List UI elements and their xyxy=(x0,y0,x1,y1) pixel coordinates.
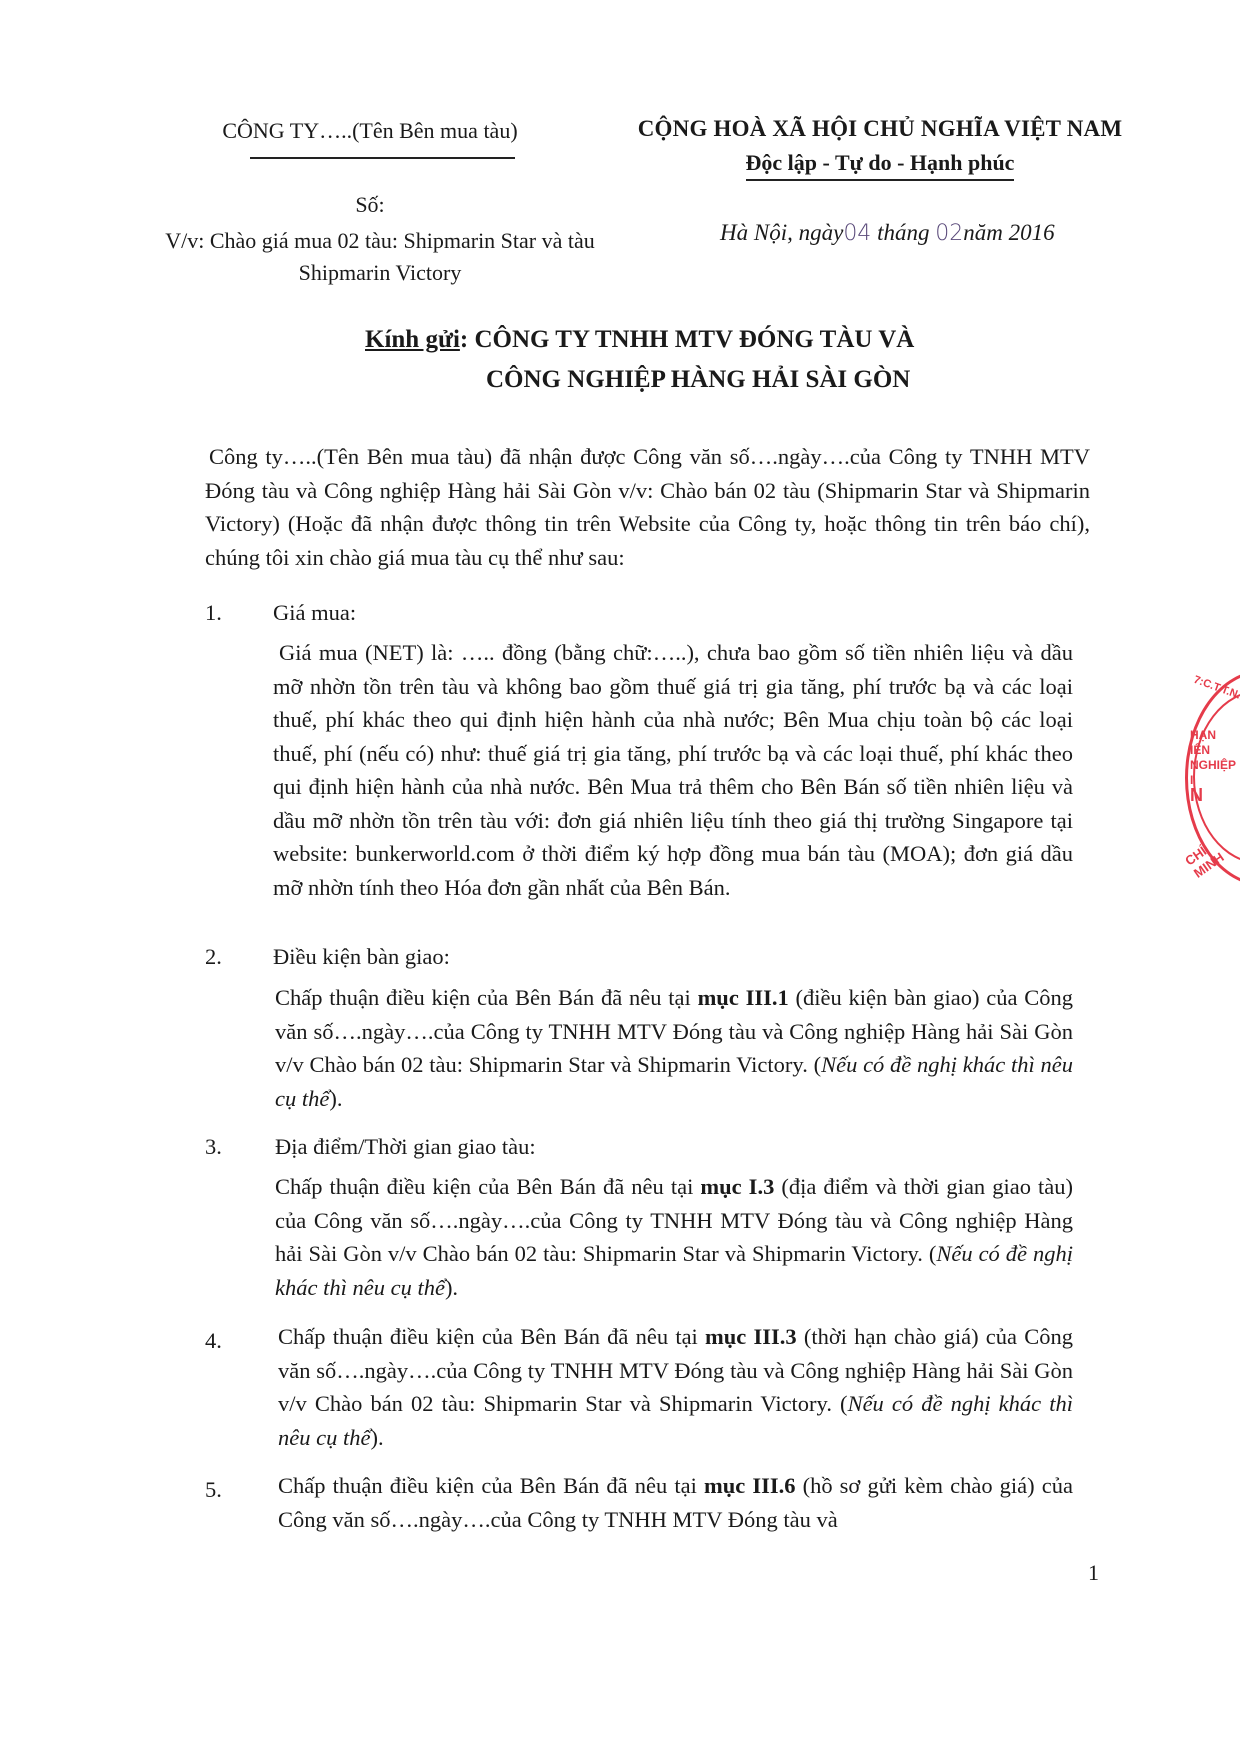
date-prefix: Hà Nội, ngày xyxy=(720,220,843,245)
date-year: năm 2016 xyxy=(963,220,1054,245)
item-2-number: 2. xyxy=(205,944,222,970)
subject-line: V/v: Chào giá mua 02 tàu: Shipmarin Star… xyxy=(150,225,610,289)
addressee-line-1: : CÔNG TY TNHH MTV ĐÓNG TÀU VÀ xyxy=(460,326,914,353)
item-3-text-end: ). xyxy=(445,1275,458,1300)
addressee-label: Kính gửi xyxy=(365,326,460,353)
item-2-text-pre: Chấp thuận điều kiện của Bên Bán đã nêu … xyxy=(275,985,698,1010)
item-2-title: Điều kiện bàn giao: xyxy=(273,944,450,970)
country-title: CỘNG HOÀ XÃ HỘI CHỦ NGHĨA VIỆT NAM xyxy=(630,116,1130,142)
stamp-line: HẠN xyxy=(1190,728,1236,743)
subject-line-1: V/v: Chào giá mua 02 tàu: Shipmarin Star… xyxy=(150,225,610,257)
stamp-line: N xyxy=(1190,788,1236,803)
item-3-section-ref: mục I.3 xyxy=(700,1174,774,1199)
item-2-text-end: ). xyxy=(329,1086,342,1111)
addressee-line-2: CÔNG NGHIỆP HÀNG HẢI SÀI GÒN xyxy=(365,360,1065,400)
item-3-text-pre: Chấp thuận điều kiện của Bên Bán đã nêu … xyxy=(275,1174,700,1199)
item-1-text: Giá mua (NET) là: ….. đồng (bằng chữ:…..… xyxy=(273,636,1073,904)
intro-paragraph: Công ty…..(Tên Bên mua tàu) đã nhận được… xyxy=(205,440,1090,574)
stamp-line: IÊN xyxy=(1190,743,1236,758)
item-1-number: 1. xyxy=(205,600,222,626)
item-5-number: 5. xyxy=(205,1477,222,1503)
item-5-section-ref: mục III.6 xyxy=(704,1473,796,1498)
item-4-text-pre: Chấp thuận điều kiện của Bên Bán đã nêu … xyxy=(278,1324,705,1349)
item-4-text: Chấp thuận điều kiện của Bên Bán đã nêu … xyxy=(278,1320,1073,1454)
page-number: 1 xyxy=(1088,1560,1099,1586)
date-month-label: tháng xyxy=(877,220,929,245)
item-3-number: 3. xyxy=(205,1134,222,1160)
item-5-text-pre: Chấp thuận điều kiện của Bên Bán đã nêu … xyxy=(278,1473,704,1498)
item-3-text: Chấp thuận điều kiện của Bên Bán đã nêu … xyxy=(275,1170,1073,1304)
item-4-text-end: ). xyxy=(370,1425,383,1450)
subject-line-2: Shipmarin Victory xyxy=(150,257,610,289)
item-2-text: Chấp thuận điều kiện của Bên Bán đã nêu … xyxy=(275,981,1073,1115)
handwritten-day: 04 xyxy=(843,221,871,246)
company-stamp-text: HẠN IÊN NGHIỆP I N xyxy=(1190,728,1236,803)
national-motto: Độc lập - Tự do - Hạnh phúc xyxy=(630,150,1130,176)
motto-text: Độc lập - Tự do - Hạnh phúc xyxy=(746,150,1015,181)
item-5-text: Chấp thuận điều kiện của Bên Bán đã nêu … xyxy=(278,1469,1073,1536)
item-4-number: 4. xyxy=(205,1328,222,1354)
header-divider xyxy=(250,157,515,159)
item-2-section-ref: mục III.1 xyxy=(698,985,789,1010)
document-number-label: Số: xyxy=(200,192,540,218)
stamp-line: NGHIỆP xyxy=(1190,758,1236,773)
item-1-title: Giá mua: xyxy=(273,600,356,626)
item-3-title: Địa điểm/Thời gian giao tàu: xyxy=(275,1134,536,1160)
handwritten-month: 02 xyxy=(935,221,963,246)
document-date: Hà Nội, ngày04 tháng 02năm 2016 xyxy=(720,220,1140,246)
item-4-section-ref: mục III.3 xyxy=(705,1324,797,1349)
addressee: Kính gửi: CÔNG TY TNHH MTV ĐÓNG TÀU VÀ C… xyxy=(365,320,1065,400)
buyer-company-placeholder: CÔNG TY…..(Tên Bên mua tàu) xyxy=(200,118,540,144)
